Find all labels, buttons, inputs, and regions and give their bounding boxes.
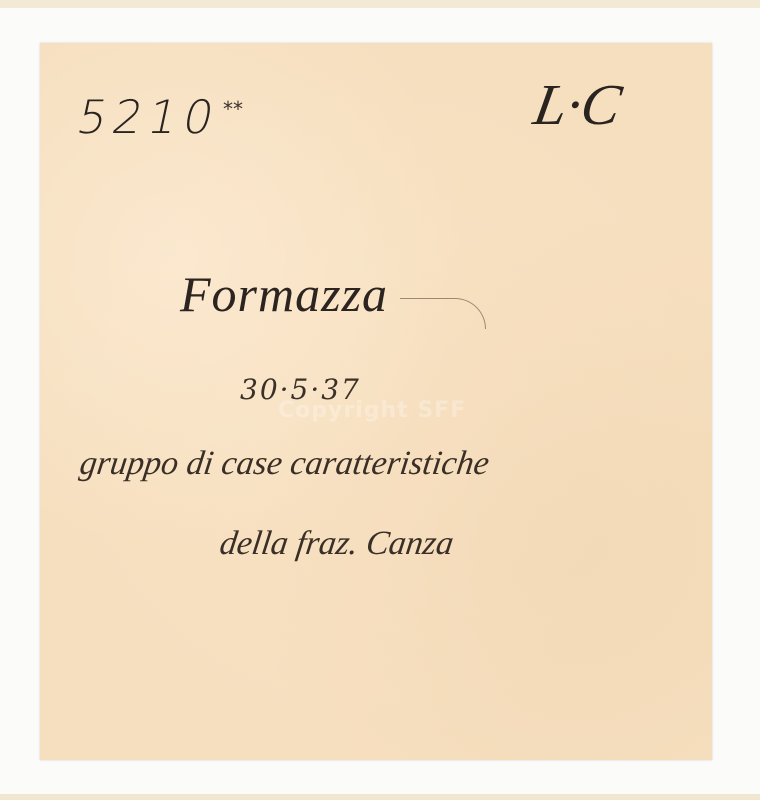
index-card: 5210 ** L·C Formazza 30·5·37 Copyright S…	[40, 43, 712, 760]
description-line-2: della fraz. Canza	[217, 525, 456, 563]
catalog-number: 5210	[72, 90, 225, 144]
bottom-edge-strip	[0, 794, 760, 800]
mount-board: 5210 ** L·C Formazza 30·5·37 Copyright S…	[0, 8, 760, 794]
catalog-mark: **	[223, 97, 243, 121]
place-flourish	[400, 298, 486, 329]
author-initials: L·C	[529, 71, 626, 138]
top-edge-strip	[0, 0, 760, 8]
description-line-1: gruppo di case caratteristiche	[77, 445, 491, 483]
copyright-watermark: Copyright SFF	[278, 398, 466, 423]
place-name: Formazza	[180, 265, 388, 323]
